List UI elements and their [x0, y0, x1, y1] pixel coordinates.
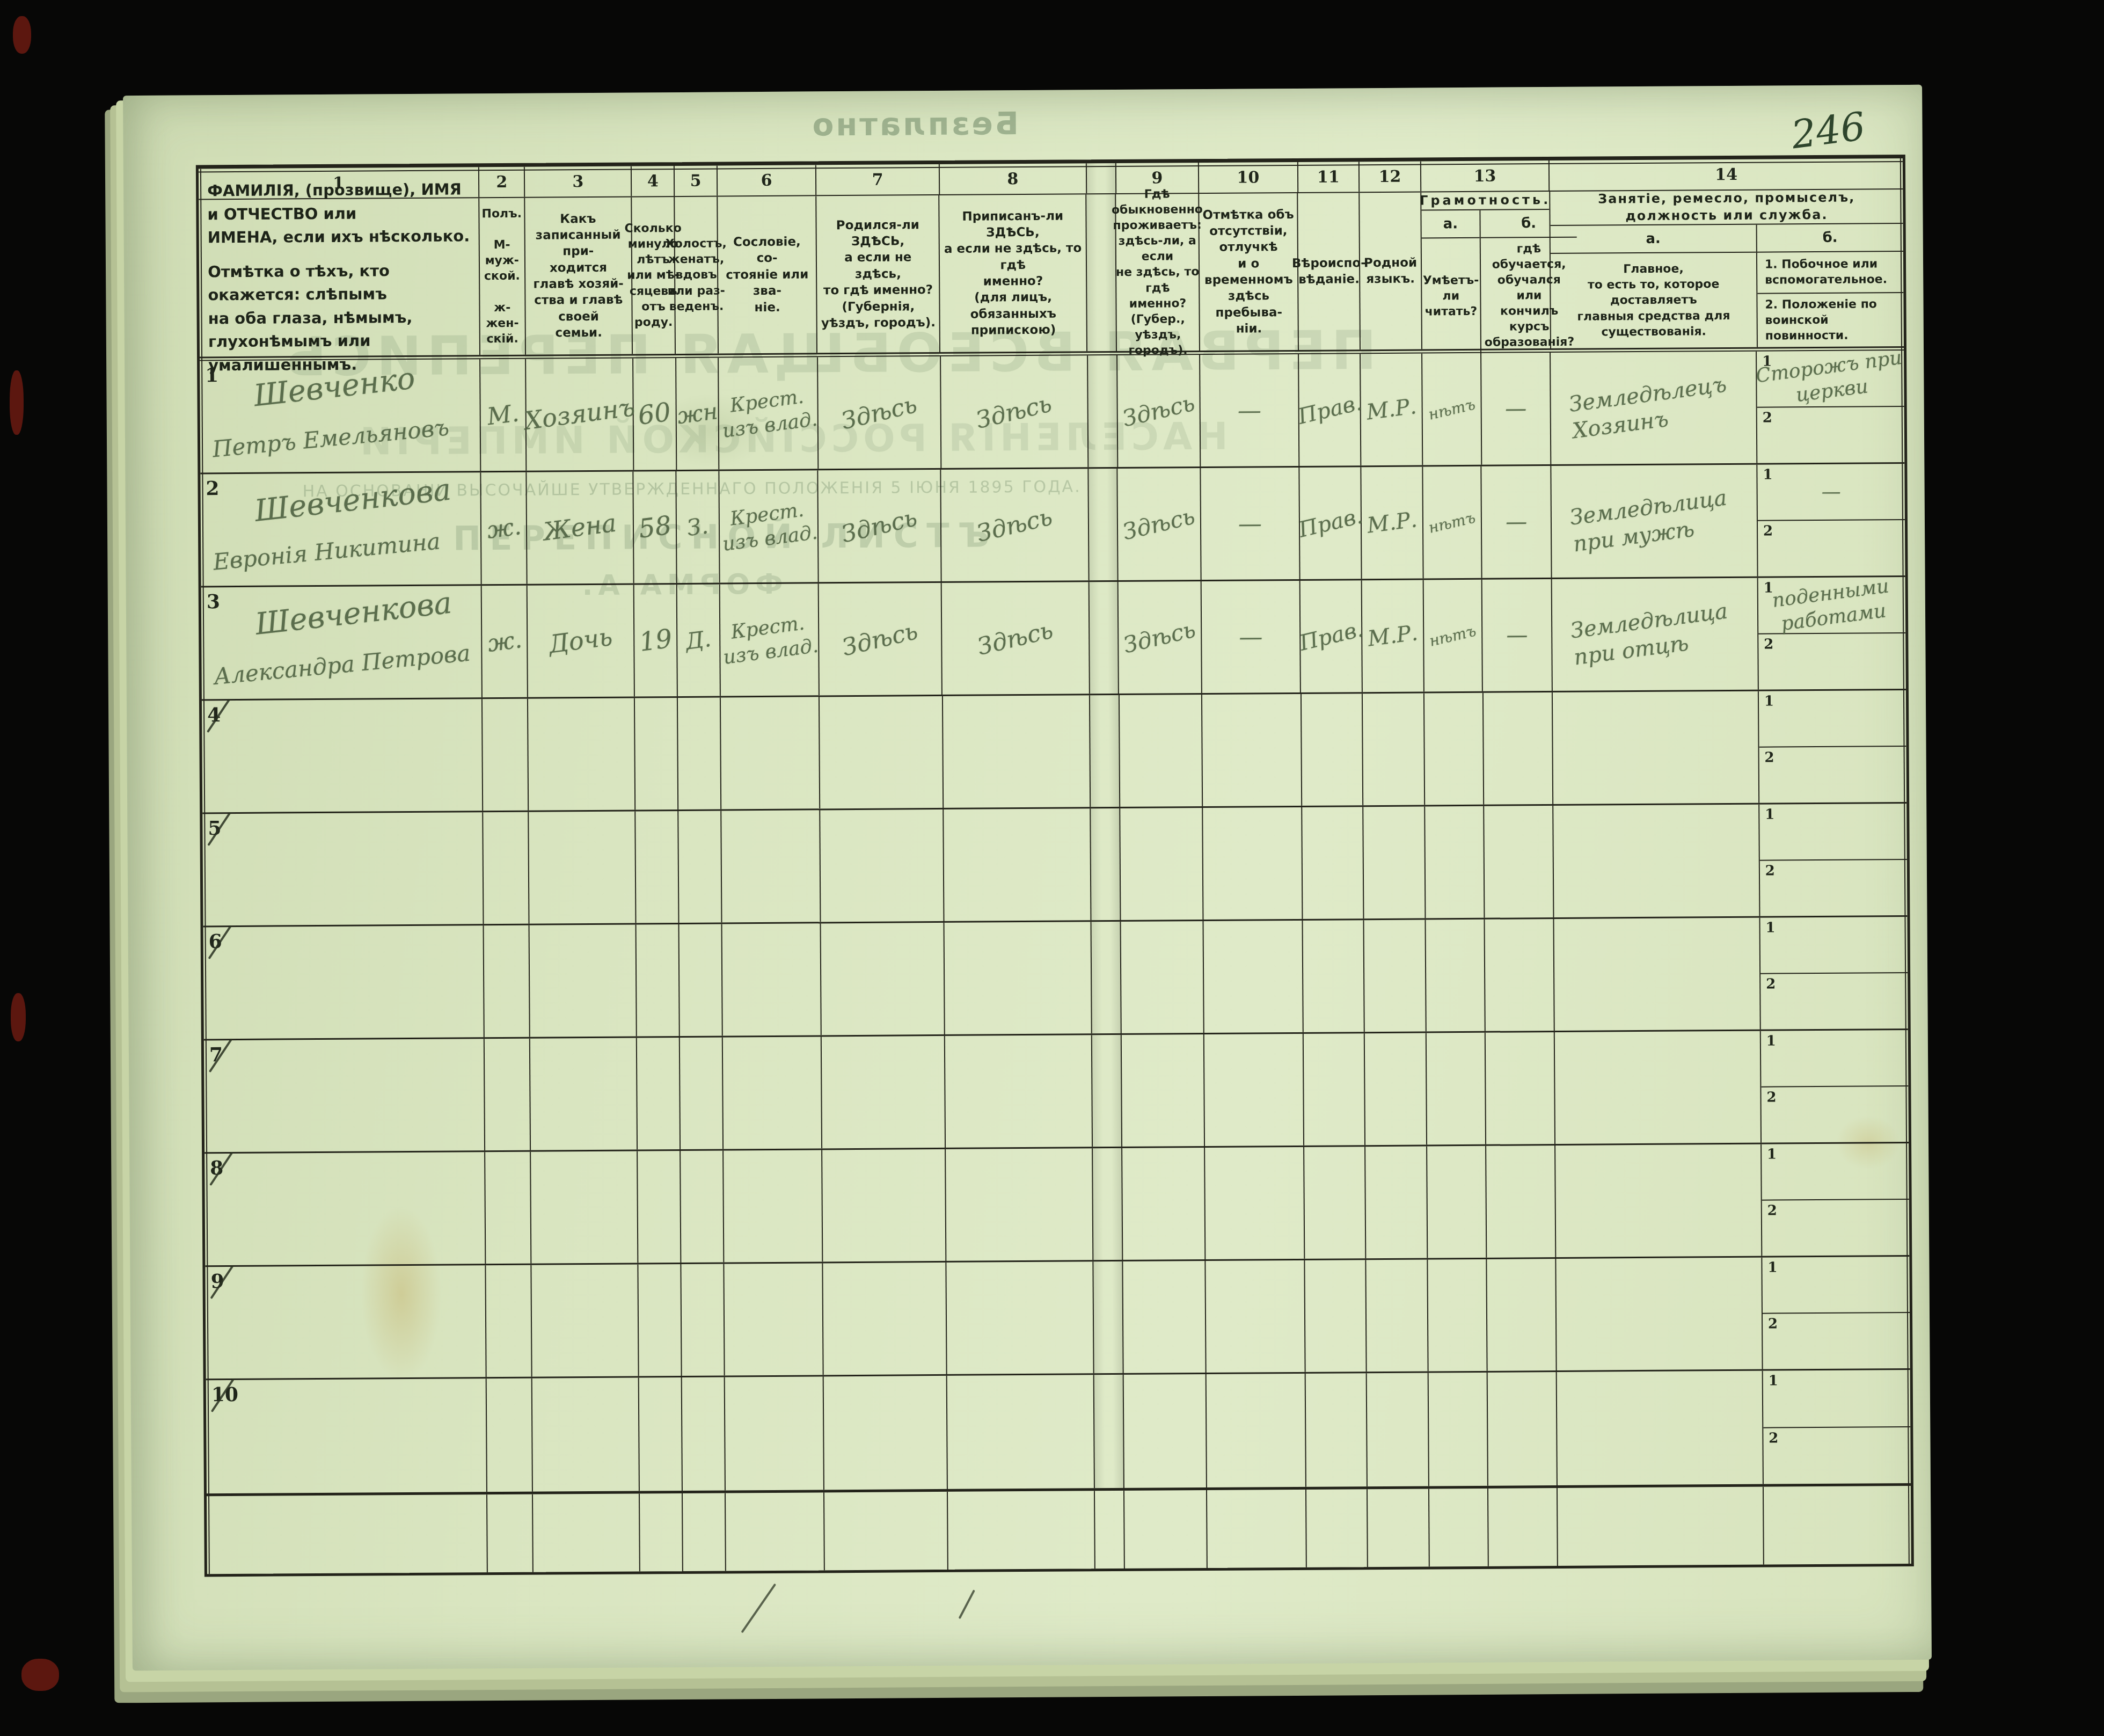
- cell-occupation-side: 1 — 2: [1757, 464, 1905, 577]
- table-row-10: 10 1 2: [206, 1370, 1911, 1493]
- binding-fold: [1094, 1375, 1124, 1488]
- empty-cell: [1204, 1034, 1304, 1146]
- cell-age: 19: [634, 585, 678, 696]
- cell-marital: З.: [676, 471, 720, 582]
- entry-marital: З.: [685, 512, 710, 542]
- entry-absence: —: [1238, 396, 1261, 425]
- col-number-14: 14: [1550, 158, 1903, 191]
- table-row-4: 4 1 2: [202, 690, 1906, 814]
- cell-name: 6: [203, 925, 485, 1039]
- subcell-number: 1: [1769, 1373, 1778, 1389]
- subcell-number: 1: [1765, 920, 1775, 936]
- row-number: 9: [210, 1270, 224, 1293]
- empty-cell: [1555, 1144, 1762, 1257]
- entry-given-name: Петръ Емельяновъ: [211, 413, 450, 464]
- cell-literacy-school: —: [1482, 466, 1552, 578]
- empty-cell: [946, 1148, 1093, 1261]
- empty-cell: [1120, 808, 1204, 920]
- entry-registration: Здѣсь: [974, 389, 1055, 435]
- subcell-number: 1: [1764, 693, 1774, 709]
- cell-birthplace: Здѣсь: [819, 583, 943, 695]
- entry-age: 60: [636, 396, 673, 432]
- header-residence: Гдѣ обыкновенно проживаетъ: здѣсь-ли, а …: [1116, 194, 1200, 351]
- empty-cell: [1364, 920, 1427, 1032]
- entry-age: 58: [637, 509, 673, 545]
- row-number: 5: [208, 817, 221, 840]
- empty-cell: [640, 1493, 683, 1571]
- empty-cell: [824, 1376, 948, 1490]
- page-number: 246: [1789, 103, 1868, 157]
- empty-cell: [1306, 1489, 1369, 1567]
- cell-language: М.Р.: [1362, 466, 1424, 579]
- empty-cell: [1121, 921, 1204, 1033]
- subcell-number: 2: [1765, 863, 1775, 879]
- header-sex: Полъ. М-муж- ской. ж-жен- скій.: [479, 198, 526, 355]
- entry-estate: Крест. изъ влад.: [718, 383, 819, 443]
- subcell-number: 2: [1766, 976, 1776, 992]
- empty-cell: [483, 699, 529, 811]
- empty-cell: [484, 925, 530, 1038]
- entry-surname: Шевченкова: [253, 471, 453, 530]
- empty-cell: [1428, 1259, 1487, 1372]
- empty-cell: [637, 924, 680, 1036]
- cell-birthplace: Здѣсь: [818, 356, 941, 469]
- empty-cell: [1122, 1148, 1206, 1260]
- empty-cell: [682, 1377, 726, 1490]
- census-ledger-book: Безплатно ПЕРВАЯ ВСЕОБЩАЯ ПЕРЕПИСЬ НАСЕЛ…: [123, 85, 1932, 1671]
- table-row-2: 2 Шевченкова Евронія Никитина ж. Жена 58…: [200, 464, 1905, 587]
- cell-estate: Крест. изъ влад.: [720, 583, 820, 696]
- cell-name: 7: [204, 1039, 486, 1152]
- subcell-number: 2: [1768, 1316, 1778, 1332]
- entry-given-name: Александра Петрова: [213, 639, 471, 691]
- cell-occupation-side: 1 поденными работами 2: [1758, 577, 1906, 690]
- entry-sex: ж.: [486, 625, 524, 659]
- cell-occupation-side: 1 2: [1760, 917, 1908, 1030]
- table-row-5: 5 1 2: [202, 804, 1907, 927]
- entry-religion: Прав.: [1296, 502, 1365, 543]
- empty-cell: [1124, 1490, 1208, 1569]
- table-tail: [207, 1483, 1911, 1574]
- cell-name: 10: [206, 1378, 488, 1493]
- cell-occupation-side: 1 2: [1763, 1370, 1911, 1484]
- empty-cell: [723, 1037, 823, 1149]
- empty-cell: [1305, 1373, 1368, 1487]
- subcell-number: 1: [1765, 806, 1774, 822]
- cell-language: М.Р.: [1361, 353, 1423, 465]
- empty-cell: [532, 1377, 640, 1491]
- cell-birthplace: Здѣсь: [819, 470, 943, 582]
- empty-cell: [1426, 920, 1485, 1032]
- entry-literacy-read: нѣтъ: [1427, 508, 1478, 537]
- empty-cell: [529, 811, 637, 923]
- col-number-7: 7: [816, 164, 940, 195]
- subcell-military: 2: [1762, 1200, 1910, 1256]
- empty-cell: [1424, 693, 1484, 805]
- subcell-number: 2: [1767, 1202, 1777, 1219]
- entry-language: М.Р.: [1366, 619, 1419, 653]
- empty-cell: [1557, 1371, 1764, 1485]
- cell-sex: М.: [480, 359, 527, 471]
- table-row-6: 6 1 2: [203, 917, 1908, 1040]
- entry-marital: Д.: [684, 625, 713, 656]
- empty-cell: [680, 924, 723, 1035]
- empty-cell: [1486, 1146, 1557, 1258]
- cell-religion: Прав.: [1299, 354, 1362, 466]
- header-estate: Сословіе, со- стояніе или зва- ніе.: [718, 196, 817, 353]
- table-row-3: 3 Шевченкова Александра Петрова ж. Дочь …: [201, 577, 1906, 701]
- cell-occupation-main: Земледѣлецъ Хозяинъ: [1551, 352, 1757, 464]
- binding-fold: [1089, 582, 1119, 694]
- entry-occupation-main: Земледѣлица при мужѣ: [1568, 484, 1732, 558]
- cell-name: 4: [202, 699, 484, 812]
- empty-cell: [1303, 920, 1365, 1032]
- subcell-side-occupation: 1: [1759, 690, 1906, 748]
- entry-sex: М.: [485, 398, 521, 432]
- empty-cell: [1363, 806, 1426, 918]
- table-row-1: 1 Шевченко Петръ Емельяновъ М. Хозяинъ 6…: [200, 351, 1904, 474]
- entry-birthplace: Здѣсь: [839, 502, 920, 549]
- empty-cell: [1556, 1258, 1763, 1370]
- census-page: Безплатно ПЕРВАЯ ВСЕОБЩАЯ ПЕРЕПИСЬ НАСЕЛ…: [123, 85, 1932, 1671]
- empty-cell: [1487, 1259, 1557, 1371]
- binding-fold: [1093, 1261, 1123, 1373]
- cell-name: 5: [202, 812, 484, 925]
- cell-age: 60: [633, 358, 677, 470]
- empty-cell: [1368, 1489, 1430, 1567]
- header-marital: Холостъ, женатъ, вдовъ или раз- веденъ.: [675, 196, 719, 353]
- subcell-military: 2: [1758, 520, 1905, 577]
- empty-cell: [681, 1150, 724, 1262]
- empty-cell: [1425, 806, 1485, 918]
- empty-cell: [724, 1263, 824, 1375]
- cell-registration: Здѣсь: [941, 469, 1089, 581]
- cell-literacy-read: нѣтъ: [1423, 580, 1483, 692]
- entry-estate: Крест. изъ влад.: [718, 497, 819, 557]
- empty-cell: [1485, 919, 1555, 1031]
- header-name-line1: ФАМИЛІЯ, (прозвище), ИМЯ и ОТЧЕСТВО или …: [207, 178, 476, 250]
- cell-occupation-side: 1 2: [1759, 690, 1906, 803]
- subcell-number: 2: [1763, 410, 1772, 426]
- entry-relation: Жена: [542, 508, 618, 548]
- col-number-5: 5: [675, 166, 718, 196]
- cell-occupation-main: Земледѣлица при отцѣ: [1552, 578, 1759, 691]
- cell-estate: Крест. изъ влад.: [719, 357, 819, 469]
- empty-cell: [822, 1149, 946, 1261]
- header-religion: Вѣроиспо- вѣданіе.: [1298, 193, 1361, 350]
- subcell-number: 1: [1767, 1259, 1777, 1275]
- empty-cell: [1207, 1374, 1306, 1487]
- empty-cell: [1367, 1373, 1429, 1486]
- col-number-13: 13: [1421, 161, 1550, 191]
- cell-sex: ж.: [481, 472, 528, 585]
- header-literacy-a-text: Умѣетъ- ли читать?: [1422, 238, 1480, 354]
- entry-given-name: Евронія Никитина: [212, 527, 442, 577]
- col-number-2: 2: [479, 167, 525, 198]
- cell-marital: жн: [676, 358, 720, 469]
- empty-cell: [1365, 1146, 1428, 1258]
- cell-estate: Крест. изъ влад.: [719, 470, 819, 582]
- entry-occupation-main: Земледѣлица при отцѣ: [1569, 597, 1733, 671]
- header-registration: Приписанъ-ли ЗДѢСЬ, а если не здѣсь, то …: [940, 194, 1088, 352]
- empty-cell: [637, 1038, 681, 1149]
- entry-age: 19: [637, 623, 674, 659]
- entry-literacy-school: —: [1506, 622, 1528, 648]
- empty-cell: [1555, 1031, 1762, 1144]
- binding-fold: [1088, 355, 1118, 467]
- empty-cell: [1558, 1487, 1764, 1566]
- empty-cell: [1427, 1146, 1487, 1258]
- empty-cell: [484, 812, 530, 924]
- row-number: 2: [206, 477, 219, 500]
- entry-residence: Здѣсь: [1120, 389, 1197, 433]
- empty-cell: [639, 1264, 682, 1376]
- ghost-text-free: Безплатно: [810, 105, 1019, 143]
- subcell-side-occupation: 1: [1760, 917, 1908, 974]
- header-occupation-a: а. Главное, то есть то, которое доставля…: [1550, 225, 1757, 348]
- empty-cell: [726, 1492, 825, 1571]
- entry-side-occupation: Сторожъ при церкви: [1755, 345, 1906, 412]
- entry-occupation-main: Земледѣлецъ Хозяинъ: [1568, 371, 1732, 444]
- row-number: 1: [205, 364, 218, 386]
- header-birthplace: Родился-ли ЗДѢСЬ, а если не здѣсь, то гд…: [817, 195, 941, 353]
- empty-cell: [1553, 691, 1759, 804]
- subcell-number: 1: [1767, 1146, 1777, 1162]
- header-occupation-b1: 1. Побочное или вспомогательное.: [1757, 252, 1904, 294]
- empty-cell: [1429, 1489, 1489, 1567]
- empty-cell: [1203, 807, 1303, 920]
- cell-age: 58: [634, 471, 677, 583]
- col-number-3: 3: [525, 166, 632, 196]
- empty-cell: [1302, 807, 1364, 919]
- entry-residence: Здѣсь: [1120, 502, 1198, 546]
- empty-cell: [636, 811, 680, 923]
- entry-birthplace: Здѣсь: [839, 616, 921, 662]
- cell-absence: —: [1201, 581, 1301, 693]
- cell-relation: Дочь: [528, 585, 635, 697]
- subcell-number: 2: [1769, 1430, 1778, 1446]
- entry-birthplace: Здѣсь: [838, 389, 920, 435]
- entry-language: М.Р.: [1365, 506, 1419, 539]
- empty-cell: [725, 1376, 825, 1490]
- header-literacy: Грамотность. а. Умѣетъ- ли читать? б. гд…: [1421, 192, 1551, 349]
- row-number: 7: [209, 1044, 223, 1066]
- entry-surname: Шевченко: [252, 360, 417, 415]
- empty-cell: [486, 1265, 532, 1377]
- empty-cell: [946, 1261, 1094, 1374]
- empty-cell: [1120, 695, 1203, 807]
- empty-cell: [1365, 1033, 1427, 1145]
- empty-cell: [487, 1378, 533, 1492]
- header-literacy-a-label: а.: [1421, 210, 1479, 239]
- cell-absence: —: [1200, 354, 1300, 466]
- cell-occupation-side: 1 2: [1759, 804, 1907, 916]
- empty-cell: [724, 1150, 823, 1262]
- empty-cell: [945, 1035, 1092, 1148]
- entry-side-occupation: поденными работами: [1771, 574, 1893, 637]
- entry-registration: Здѣсь: [975, 615, 1056, 661]
- entry-literacy-school: —: [1505, 395, 1526, 422]
- binding-fold: [1091, 808, 1121, 920]
- empty-cell: [1305, 1260, 1367, 1372]
- cell-language: М.Р.: [1362, 580, 1424, 692]
- header-occupation-a-label: а.: [1550, 225, 1756, 254]
- entry-relation: Хозяинъ: [522, 392, 636, 436]
- header-occupation-b2: 2. Положеніе по воинской повинности.: [1757, 293, 1904, 347]
- col-number-6: 6: [718, 165, 817, 195]
- empty-cell: [635, 698, 678, 809]
- entry-literacy-read: нѣтъ: [1428, 621, 1478, 650]
- empty-cell: [821, 809, 945, 922]
- subcell-military: 2: [1759, 747, 1906, 803]
- col-number-8: 8: [940, 163, 1087, 194]
- empty-cell: [682, 1264, 725, 1375]
- empty-cell: [1207, 1490, 1306, 1568]
- header-literacy-a: а. Умѣетъ- ли читать?: [1421, 210, 1481, 354]
- empty-cell: [948, 1491, 1095, 1570]
- empty-cell: [531, 1151, 639, 1263]
- empty-cell: [1123, 1261, 1207, 1373]
- header-occupation-b: б. 1. Побочное или вспомогательное. 2. П…: [1757, 224, 1904, 347]
- row-number: 6: [209, 930, 222, 953]
- subcell-side-occupation: 1: [1763, 1370, 1911, 1428]
- empty-cell: [485, 1152, 531, 1264]
- pencil-mark: [959, 1589, 975, 1619]
- empty-cell: [1485, 1032, 1555, 1144]
- cell-name: 3 Шевченкова Александра Петрова: [201, 586, 483, 699]
- empty-cell: [528, 698, 636, 810]
- scan-background: Безплатно ПЕРВАЯ ВСЕОБЩАЯ ПЕРЕПИСЬ НАСЕЛ…: [0, 0, 2104, 1736]
- entry-surname: Шевченкова: [253, 585, 454, 644]
- empty-cell: [1484, 806, 1554, 918]
- empty-cell: [1304, 1147, 1367, 1259]
- empty-cell: [1488, 1488, 1558, 1566]
- empty-cell: [1487, 1372, 1558, 1486]
- empty-cell: [1554, 918, 1761, 1031]
- header-occupation: Занятіе, ремесло, промыселъ, должность и…: [1550, 189, 1904, 348]
- header-relation: Какъ записанный при- ходится главѣ хозяй…: [525, 197, 633, 354]
- header-name: ФАМИЛІЯ, (прозвище), ИМЯ и ОТЧЕСТВО или …: [199, 198, 480, 356]
- film-edge-mark: [10, 370, 24, 435]
- empty-cell: [683, 1493, 726, 1571]
- binding-fold: [1088, 469, 1119, 580]
- empty-cell: [1367, 1259, 1429, 1372]
- subcell-number: 2: [1766, 1089, 1776, 1105]
- cell-occupation-side: 1 2: [1762, 1143, 1909, 1256]
- binding-fold: [1092, 1035, 1122, 1147]
- empty-cell: [1301, 694, 1363, 806]
- cell-literacy-read: нѣтъ: [1423, 466, 1482, 579]
- subcell-military: 2: [1760, 973, 1908, 1030]
- empty-cell: [721, 697, 821, 809]
- subcell-number: 2: [1764, 749, 1774, 765]
- cell-religion: Прав.: [1300, 467, 1362, 579]
- row-number: 3: [207, 590, 220, 613]
- entry-marital: жн: [675, 397, 719, 431]
- empty-cell: [1363, 693, 1425, 805]
- cell-name: 2 Шевченкова Евронія Никитина: [200, 472, 482, 586]
- cell-name: 8: [204, 1152, 486, 1265]
- row-number: 10: [211, 1383, 238, 1406]
- cell-absence: —: [1201, 468, 1301, 580]
- binding-fold: [1095, 1491, 1125, 1569]
- entry-relation: Дочь: [547, 622, 614, 660]
- col-number-10: 10: [1199, 162, 1298, 193]
- cell-occupation-main: Земледѣлица при мужѣ: [1551, 465, 1758, 578]
- cell-sex: ж.: [482, 586, 528, 698]
- cell-occupation-side: 1 2: [1762, 1257, 1910, 1369]
- film-edge-mark: [13, 16, 31, 54]
- entry-estate: Крест. изъ влад.: [719, 610, 820, 670]
- empty-cell: [207, 1494, 488, 1574]
- cell-occupation-side: 1 Сторожъ при церкви 2: [1757, 351, 1904, 463]
- subcell-military: 2: [1763, 1427, 1911, 1484]
- empty-cell: [530, 924, 638, 1037]
- cell-religion: Прав.: [1301, 580, 1363, 692]
- empty-cell: [944, 808, 1091, 921]
- cell-marital: Д.: [677, 584, 721, 696]
- subcell-side-occupation: 1 Сторожъ при церкви: [1757, 351, 1904, 408]
- subcell-side-occupation: 1: [1759, 804, 1907, 861]
- empty-cell: [1427, 1033, 1486, 1145]
- subcell-number: 2: [1764, 636, 1773, 652]
- empty-cell: [722, 923, 822, 1035]
- subcell-military: 2: [1757, 407, 1905, 463]
- pencil-mark: [741, 1584, 776, 1633]
- empty-cell: [638, 1151, 682, 1263]
- header-language: Родной языкъ.: [1360, 192, 1422, 349]
- cell-occupation-side: 1 2: [1761, 1030, 1909, 1143]
- entry-absence: —: [1239, 622, 1262, 652]
- row-number: 8: [210, 1157, 223, 1179]
- entry-sex: ж.: [485, 512, 523, 545]
- empty-cell: [1428, 1373, 1488, 1486]
- subcell-side-occupation: 1: [1762, 1143, 1909, 1201]
- entry-literacy-read: нѣтъ: [1426, 395, 1477, 424]
- table-row-9: 9 1 2: [205, 1257, 1910, 1380]
- header-literacy-title: Грамотность.: [1421, 192, 1549, 210]
- entry-religion: Прав.: [1295, 389, 1364, 430]
- empty-cell: [487, 1494, 534, 1573]
- header-row: ФАМИЛІЯ, (прозвище), ИМЯ и ОТЧЕСТВО или …: [199, 189, 1904, 356]
- empty-cell: [820, 696, 944, 808]
- cell-literacy-school: —: [1482, 579, 1553, 691]
- header-occupation-b-label: б.: [1757, 224, 1903, 253]
- subcell-military: 2: [1763, 1313, 1910, 1369]
- subcell-side-occupation: 1: [1762, 1257, 1910, 1314]
- subcell-number: 2: [1763, 523, 1773, 539]
- subcell-number: 1: [1766, 1033, 1776, 1049]
- subcell-military: 2: [1758, 633, 1906, 690]
- col-number-11: 11: [1298, 162, 1360, 192]
- table-row-8: 8 1 2: [204, 1143, 1909, 1267]
- empty-cell: [823, 1263, 947, 1375]
- empty-cell: [824, 1492, 948, 1570]
- header-occupation-title: Занятіе, ремесло, промыселъ, должность и…: [1550, 189, 1903, 226]
- entry-side-occupation: —: [1821, 480, 1840, 504]
- entry-residence: Здѣсь: [1121, 615, 1199, 660]
- cell-name: 1 Шевченко Петръ Емельяновъ: [200, 359, 481, 472]
- cell-literacy-read: нѣтъ: [1422, 353, 1482, 465]
- empty-cell: [530, 1038, 638, 1150]
- cell-residence: Здѣсь: [1118, 468, 1202, 580]
- subcell-side-occupation: 1 —: [1757, 464, 1905, 521]
- empty-cell: [1205, 1147, 1305, 1259]
- empty-cell: [639, 1377, 683, 1491]
- film-edge-mark: [21, 1659, 59, 1691]
- film-edge-mark: [11, 993, 26, 1041]
- entry-language: М.Р.: [1365, 393, 1418, 426]
